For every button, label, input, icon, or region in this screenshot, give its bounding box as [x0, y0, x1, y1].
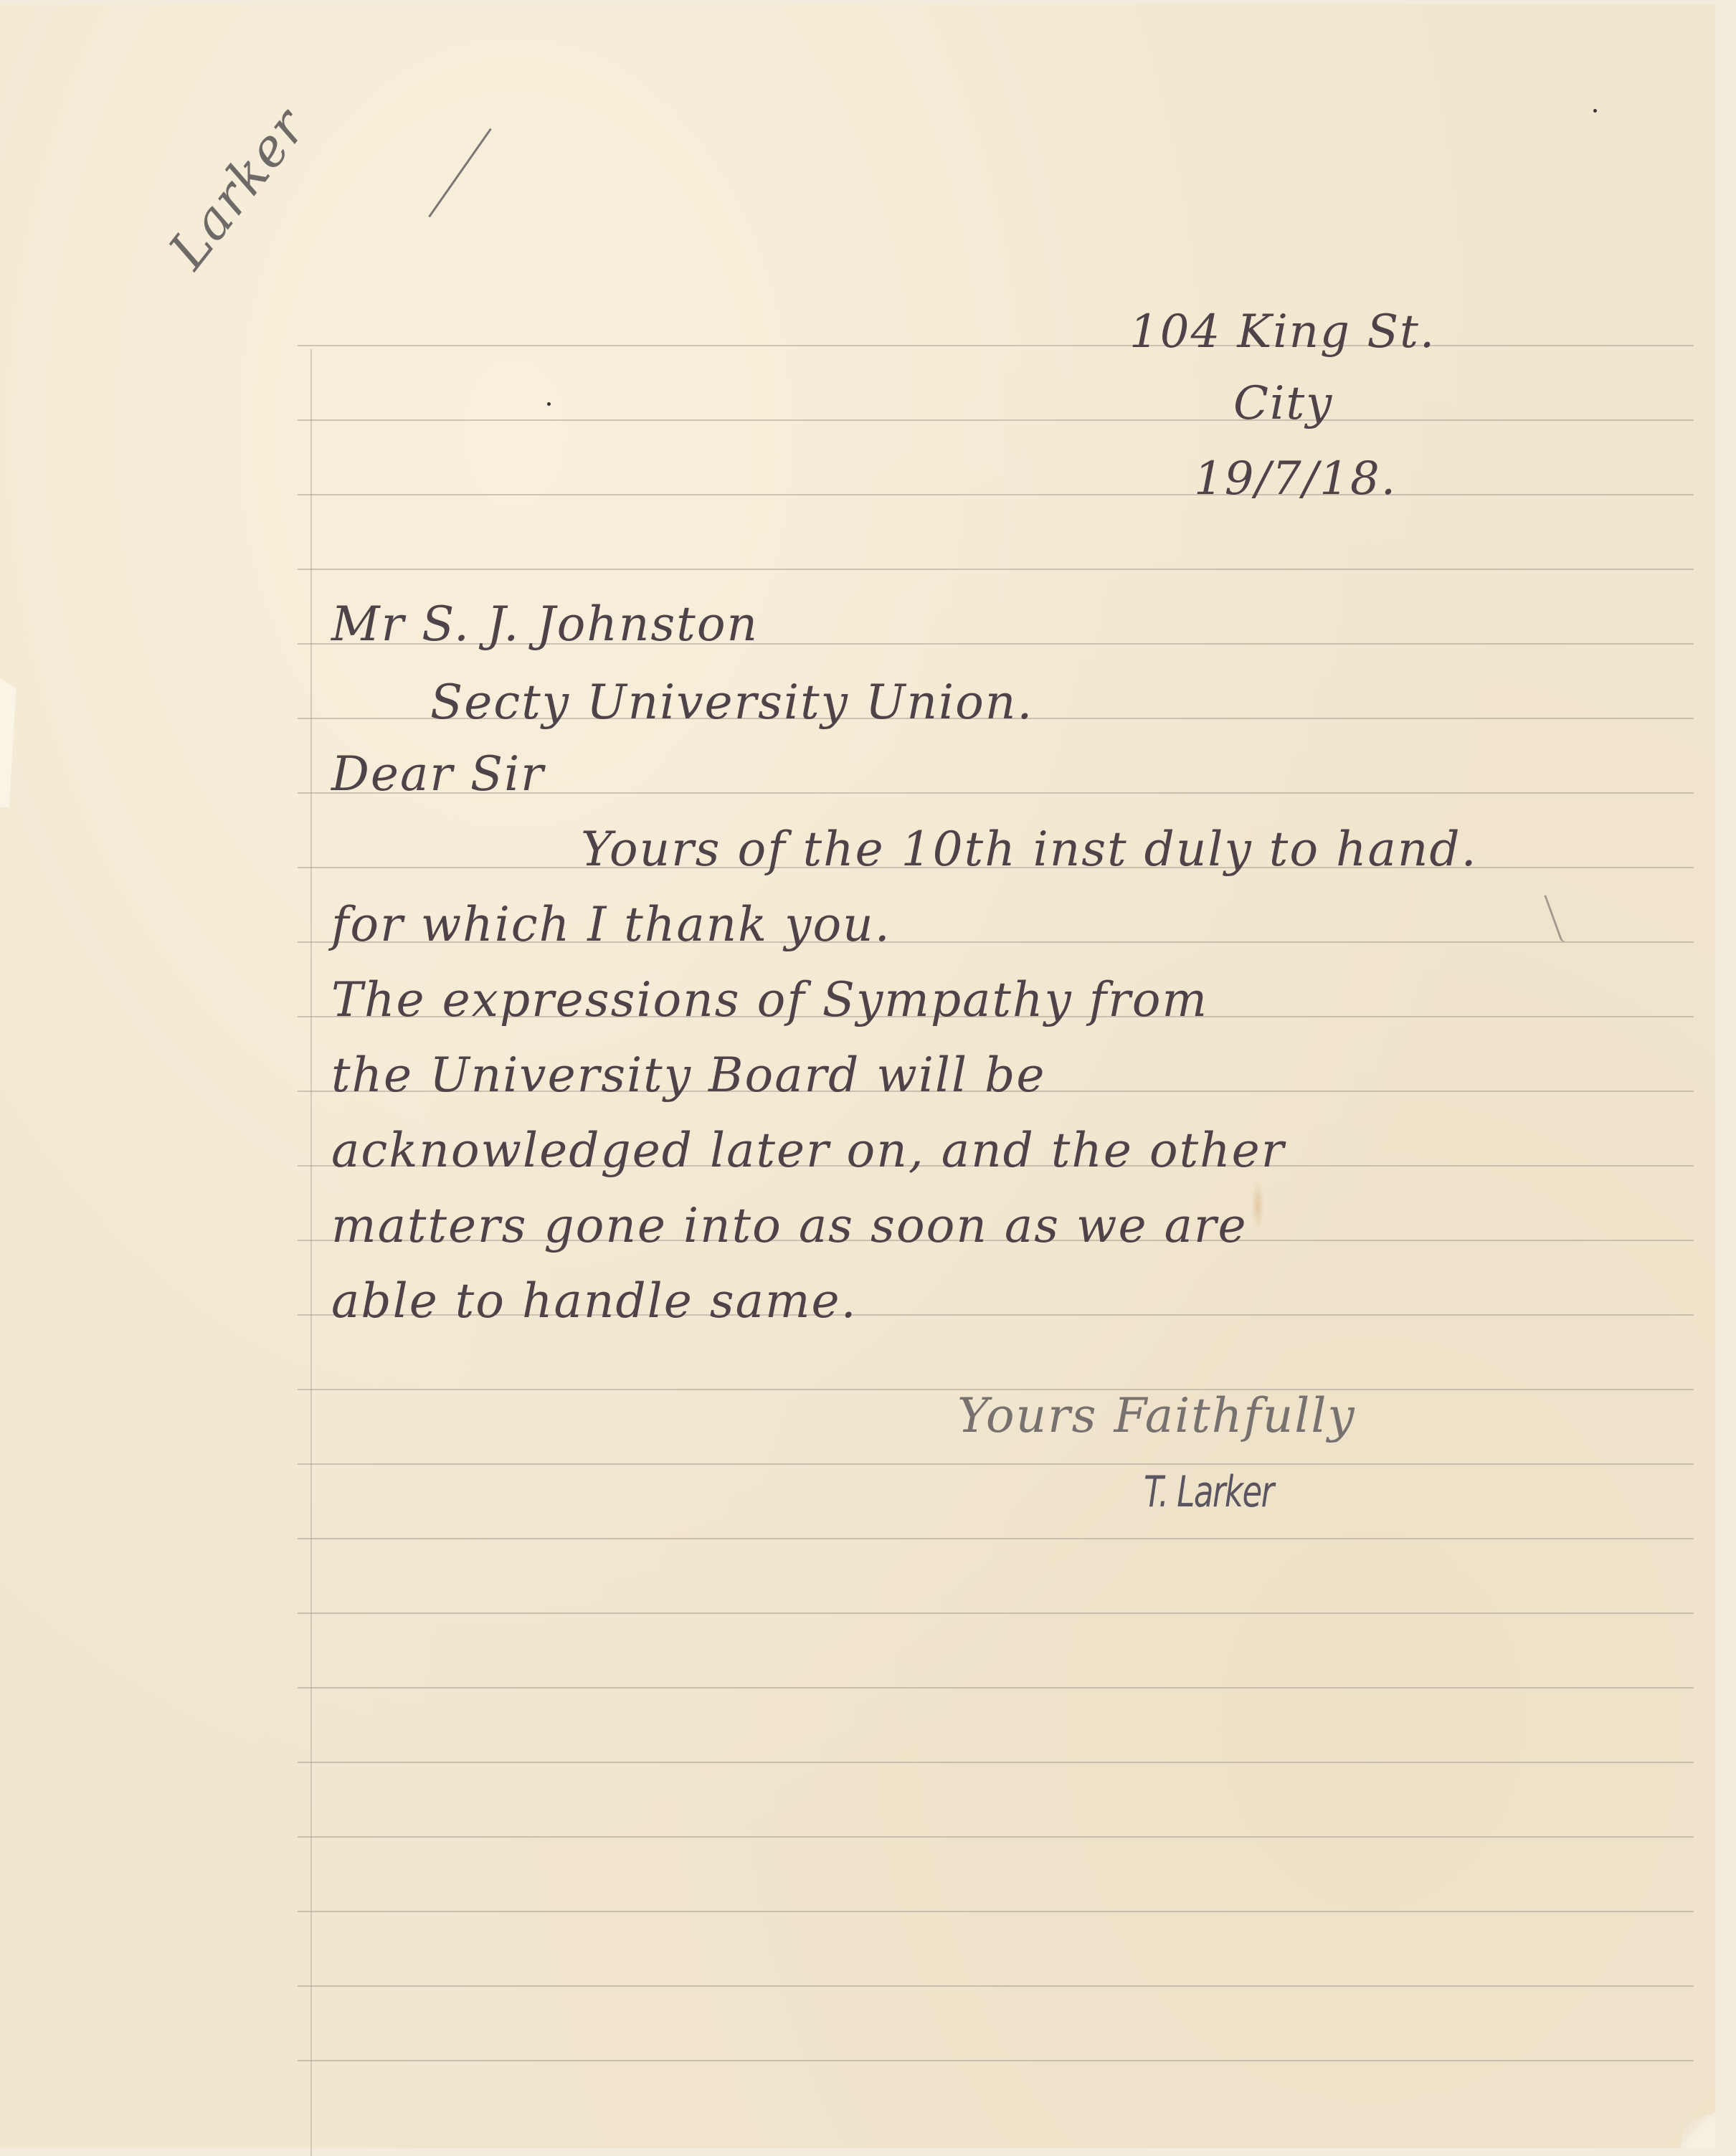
folded-corner — [1681, 2112, 1715, 2148]
body-line: the University Board will be — [331, 1048, 1045, 1103]
ink-speck — [547, 402, 551, 406]
ruled-line — [298, 1836, 1694, 1838]
paper-tear — [0, 678, 23, 807]
paper-stain — [1251, 1180, 1264, 1230]
recipient-title: Secty University Union. — [430, 675, 1033, 730]
margin-line — [310, 349, 312, 2156]
ruled-line — [298, 569, 1694, 570]
body-line: able to handle same. — [331, 1273, 858, 1329]
ruled-line — [298, 345, 1694, 346]
ruled-line — [298, 1538, 1694, 1539]
ruled-line — [298, 1911, 1694, 1912]
salutation: Dear Sir — [331, 746, 545, 802]
body-line: The expressions of Sympathy from — [331, 972, 1208, 1027]
ruled-line — [298, 419, 1694, 421]
ruled-line — [298, 1687, 1694, 1689]
ruled-line — [298, 1613, 1694, 1614]
pencil-slash-mark — [428, 128, 491, 218]
sender-address-street: 104 King St. — [1129, 305, 1436, 358]
ruled-line — [298, 2060, 1694, 2061]
ruled-line — [298, 494, 1694, 495]
recipient-name: Mr S. J. Johnston — [331, 597, 759, 652]
letter-paper: Larker 104 King St. City 19/7/18. Mr S. … — [0, 4, 1715, 2148]
ink-speck — [1593, 109, 1597, 113]
body-line: for which I thank you. — [331, 897, 891, 952]
body-line: matters gone into as soon as we are — [331, 1198, 1248, 1253]
ruled-line — [298, 1463, 1694, 1465]
sender-address-city: City — [1233, 377, 1333, 430]
closing: Yours Faithfully — [957, 1388, 1356, 1443]
pencil-annotation: Larker — [157, 97, 318, 280]
signature: T. Larker — [1144, 1467, 1273, 1517]
ruled-line — [298, 1762, 1694, 1763]
body-line: Yours of the 10th inst duly to hand. — [581, 822, 1478, 877]
body-line: acknowledged later on, and the other — [331, 1123, 1285, 1178]
pencil-tick-mark — [1544, 894, 1565, 943]
ruled-line — [298, 1985, 1694, 1987]
letter-date: 19/7/18. — [1194, 452, 1397, 505]
